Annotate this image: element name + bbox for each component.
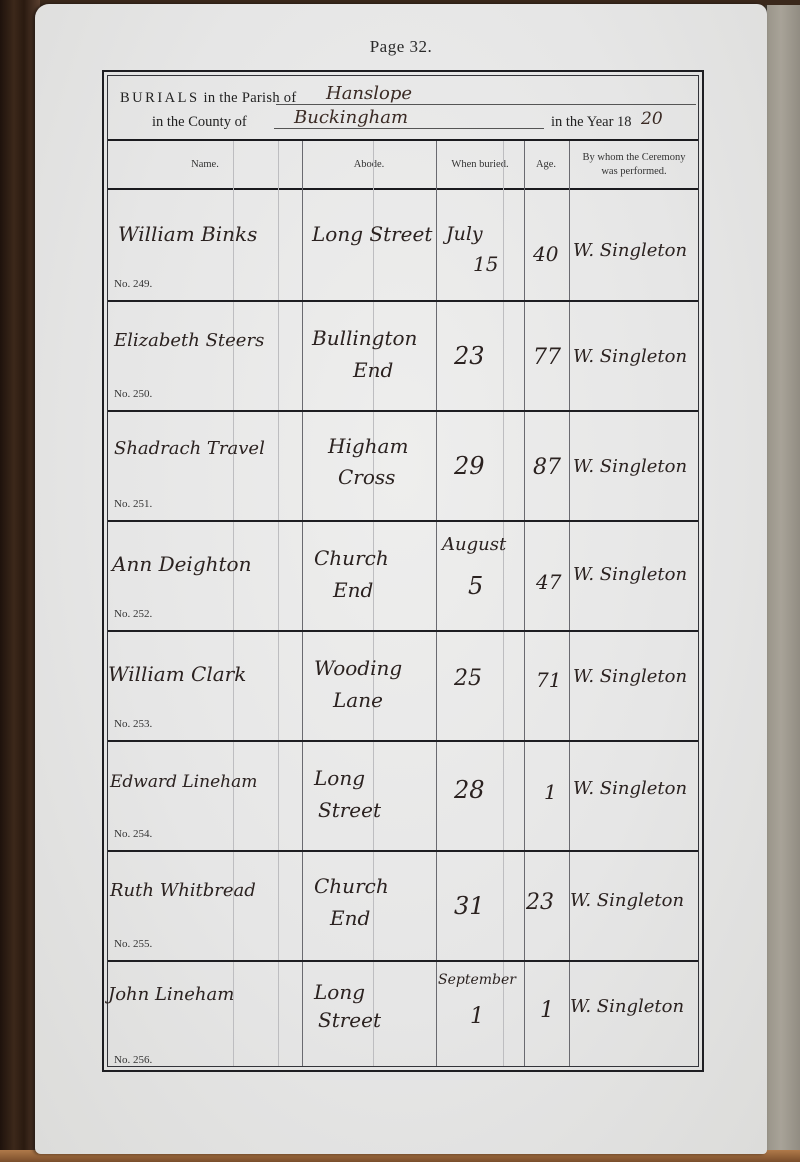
entry-abode-line1: Church (314, 546, 389, 570)
entry-number: No. 251. (114, 498, 152, 510)
entry-abode-line2: End (330, 906, 370, 930)
entry-name: Ann Deighton (112, 552, 251, 576)
year-value: 20 (641, 109, 663, 129)
entry-when-line2: 31 (454, 892, 485, 920)
column-header-name: Name. (108, 141, 302, 188)
entry-officiant: W. Singleton (573, 666, 687, 687)
entry-when-line2: 23 (454, 342, 485, 370)
entry-abode-line2: Cross (338, 465, 395, 489)
entry-abode-line2: Street (318, 798, 381, 822)
entry-number: No. 253. (114, 718, 152, 730)
column-header-when-buried: When buried. (436, 141, 524, 188)
entry-officiant: W. Singleton (573, 346, 687, 367)
entry-abode-line2: End (333, 578, 373, 602)
register-entry: Ruth Whitbread Church End 31 23 W. Singl… (108, 850, 698, 962)
entry-officiant: W. Singleton (573, 240, 687, 261)
book-spine (0, 0, 40, 1162)
register-entry: William Binks Long Street July 15 40 W. … (108, 190, 698, 302)
entry-when-line1: July (446, 223, 483, 245)
entry-abode-line1: Long (314, 980, 365, 1004)
entry-officiant: W. Singleton (573, 564, 687, 585)
entry-number: No. 254. (114, 828, 152, 840)
entry-officiant: W. Singleton (570, 890, 684, 911)
register-entry: Ann Deighton Church End August 5 47 W. S… (108, 520, 698, 632)
entry-officiant: W. Singleton (573, 456, 687, 477)
adjacent-page-edge (765, 5, 800, 1162)
entry-age: 40 (533, 242, 558, 266)
column-header-abode: Abode. (302, 141, 436, 188)
entry-age: 87 (533, 455, 561, 480)
entry-when-line1: September (438, 972, 516, 988)
entry-name: Edward Lineham (110, 772, 257, 792)
entry-abode-line1: Church (314, 874, 389, 898)
register-entry: John Lineham Long Street September 1 1 W… (108, 960, 698, 1076)
column-header-officiant: By whom the Ceremony was performed. (570, 141, 698, 188)
register-title: BURIALS (120, 90, 200, 106)
entry-number: No. 250. (114, 388, 152, 400)
entry-age: 1 (544, 780, 557, 804)
entry-abode-line1: Long (314, 766, 365, 790)
entry-when-line2: 28 (454, 776, 485, 804)
register-entry: William Clark Wooding Lane 25 71 W. Sing… (108, 630, 698, 742)
entry-number: No. 256. (114, 1054, 152, 1066)
entry-abode-line1: Long Street (312, 222, 432, 246)
entry-number: No. 249. (114, 278, 152, 290)
register-entries: William Binks Long Street July 15 40 W. … (108, 190, 698, 1066)
register-entry: Edward Lineham Long Street 28 1 W. Singl… (108, 740, 698, 852)
burial-register-table: BURIALS in the Parish of Hanslope in the… (102, 70, 704, 1072)
entry-when-line2: 1 (470, 1004, 484, 1029)
entry-abode-line2: Street (318, 1008, 381, 1032)
entry-abode-line1: Higham (328, 434, 408, 458)
column-headers: Name. Abode. When buried. Age. By whom t… (108, 141, 698, 190)
entry-age: 1 (540, 998, 554, 1023)
entry-name: John Lineham (108, 984, 234, 1005)
register-heading: BURIALS in the Parish of Hanslope in the… (108, 76, 698, 141)
entry-abode-line1: Bullington (312, 326, 417, 350)
entry-name: Ruth Whitbread (110, 880, 256, 901)
entry-when-line2: 5 (468, 572, 483, 600)
entry-number: No. 255. (114, 938, 152, 950)
entry-number: No. 252. (114, 608, 152, 620)
column-header-age: Age. (524, 141, 568, 188)
entry-officiant: W. Singleton (570, 996, 684, 1017)
entry-abode-line2: End (353, 358, 393, 382)
entry-name: William Clark (108, 662, 246, 686)
entry-officiant: W. Singleton (573, 778, 687, 799)
page-number: Page 32. (35, 37, 767, 57)
entry-name: William Binks (118, 222, 257, 246)
register-entry: Elizabeth Steers Bullington End 23 77 W.… (108, 300, 698, 412)
entry-age: 77 (533, 345, 561, 370)
entry-name: Shadrach Travel (114, 438, 265, 459)
entry-age: 71 (536, 668, 561, 692)
entry-age: 23 (526, 890, 554, 915)
register-page: Page 32. BURIALS in the Parish of Hanslo… (35, 4, 767, 1154)
entry-abode-line1: Wooding (314, 656, 402, 680)
entry-when-line2: 15 (473, 252, 498, 276)
register-entry: Shadrach Travel Higham Cross 29 87 W. Si… (108, 410, 698, 522)
county-value: Buckingham (274, 108, 544, 129)
entry-age: 47 (536, 570, 561, 594)
entry-name: Elizabeth Steers (114, 330, 264, 351)
year-label: in the Year 18 (551, 114, 632, 131)
parish-value: Hanslope (276, 84, 696, 105)
entry-when-line1: August (442, 534, 506, 555)
entry-abode-line2: Lane (333, 688, 383, 712)
entry-when-line2: 29 (454, 452, 485, 480)
entry-when-line2: 25 (454, 666, 482, 691)
county-label: in the County of (152, 114, 247, 131)
